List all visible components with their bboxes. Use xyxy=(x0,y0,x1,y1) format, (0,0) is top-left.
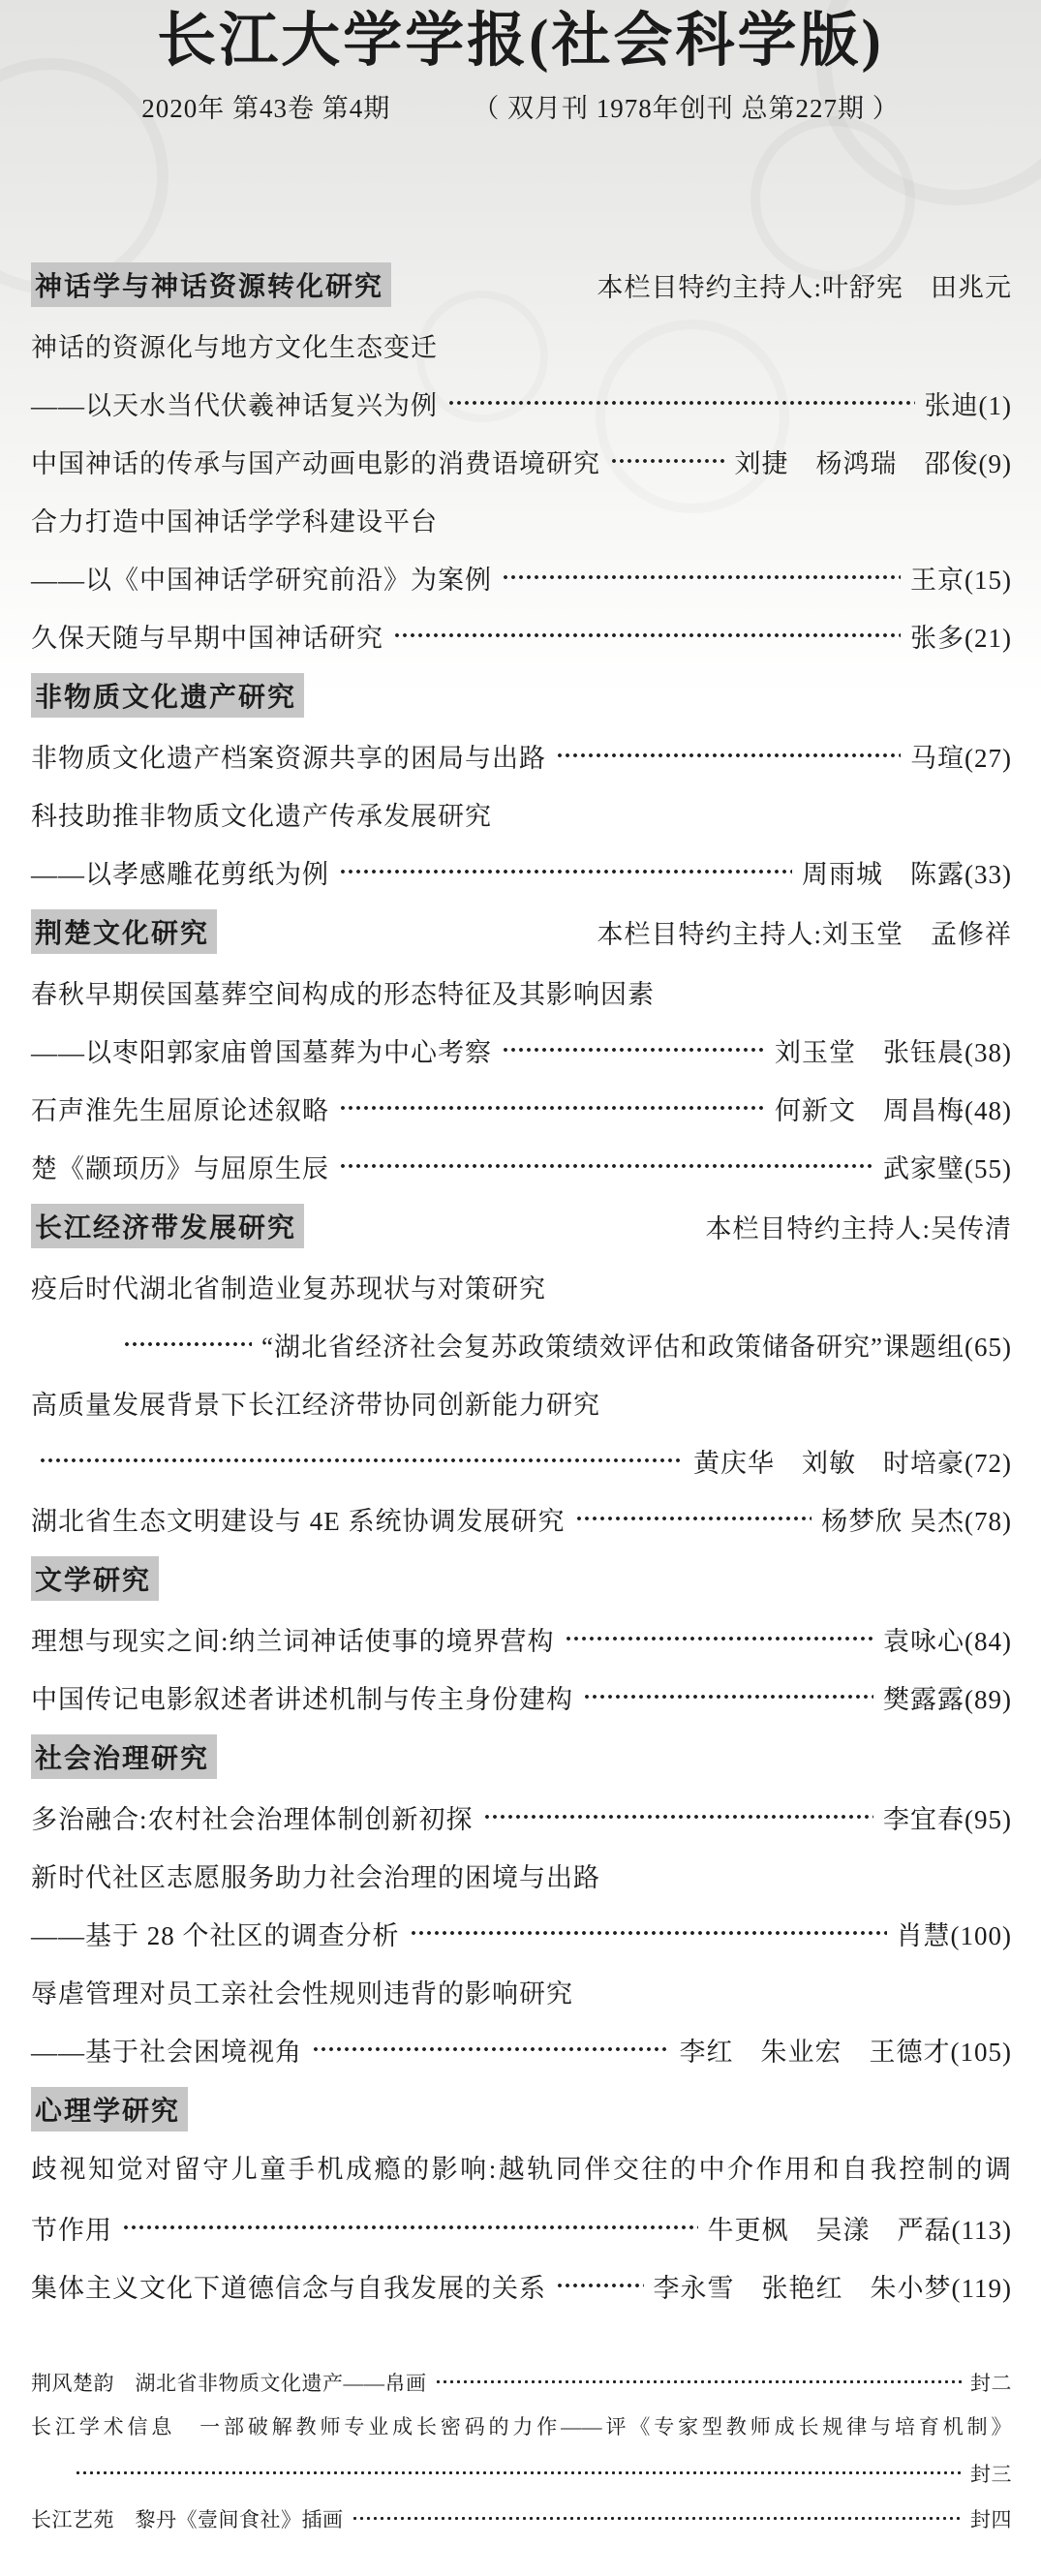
entry-title: ——以孝感雕花剪纸为例 xyxy=(31,853,329,891)
toc-row: 神话的资源化与地方文化生态变迁 xyxy=(31,316,1012,374)
entry-title: ——基于社会困境视角 xyxy=(31,2031,302,2069)
entry-authors-page: 张迪(1) xyxy=(925,384,1012,422)
entry-title: 多治融合:农村社会治理体制创新初探 xyxy=(31,1798,474,1836)
toc-row: 湖北省生态文明建设与 4E 系统协调发展研究 杨梦欣 吴杰(78) xyxy=(31,1489,1012,1548)
dot-leader xyxy=(502,1021,765,1079)
entry-title: 中国神话的传承与国产动画电影的消费语境研究 xyxy=(31,443,600,480)
entry-title: 歧视知觉对留守儿童手机成瘾的影响:越轨同伴交往的中介作用和自我控制的调 xyxy=(31,2155,1012,2184)
dot-leader xyxy=(410,1904,887,1962)
toc-row: 楚《颛顼历》与屈原生辰 武家璧(55) xyxy=(31,1137,1012,1195)
issue-info: 2020年 第43卷 第4期 （ 双月刊 1978年创刊 总第227期 ） xyxy=(0,87,1041,125)
toc-row: 中国神话的传承与国产动画电影的消费语境研究 刘捷 杨鸿瑞 邵俊(9) xyxy=(31,432,1012,490)
dot-leader xyxy=(352,2496,964,2541)
toc-row: 非物质文化遗产研究 xyxy=(31,664,1012,726)
entry-title: 高质量发展背景下长江经济带协同创新能力研究 xyxy=(31,1384,600,1422)
dot-leader xyxy=(565,1610,874,1668)
section-title: 心理学研究 xyxy=(31,2087,188,2131)
entry-authors-page: 杨梦欣 吴杰(78) xyxy=(821,1500,1012,1538)
section-title: 神话学与神话资源转化研究 xyxy=(31,262,391,307)
entry-authors-page: 封四 xyxy=(970,2504,1012,2533)
entry-authors-page: 封二 xyxy=(970,2368,1012,2397)
entry-title: 非物质文化遗产档案资源共享的困局与出路 xyxy=(31,737,546,775)
toc-row: 石声淮先生屈原论述叙略 何新文 周昌梅(48) xyxy=(31,1079,1012,1137)
entry-authors-page: 封三 xyxy=(970,2459,1012,2488)
journal-masthead: 长江大学学报(社会科学版) 2020年 第43卷 第4期 （ 双月刊 1978年… xyxy=(0,4,1041,125)
section-title: 荆楚文化研究 xyxy=(31,909,217,954)
toc-row: 歧视知觉对留守儿童手机成瘾的影响:越轨同伴交往的中介作用和自我控制的调 xyxy=(31,2140,1012,2198)
toc-row: ——基于 28 个社区的调查分析 肖慧(100) xyxy=(31,1904,1012,1962)
entry-authors-page: 樊露露(89) xyxy=(883,1678,1012,1716)
section-host: 本栏目特约主持人:叶舒宪 田兆元 xyxy=(597,266,1012,304)
dot-leader xyxy=(393,606,901,664)
toc-row: 长江经济带发展研究 本栏目特约主持人:吴传清 xyxy=(31,1195,1012,1257)
dot-leader xyxy=(483,1788,874,1846)
toc-row: ——以枣阳郭家庙曾国墓葬为中心考察 刘玉堂 张钰晨(38) xyxy=(31,1021,1012,1079)
toc-row: 荆风楚韵 湖北省非物质文化遗产——帛画 封二 xyxy=(31,2359,1012,2405)
entry-authors-page: 牛更枫 吴漾 严磊(113) xyxy=(708,2209,1012,2247)
section-title: 社会治理研究 xyxy=(31,1734,217,1779)
dot-leader xyxy=(583,1668,873,1726)
entry-title: 合力打造中国神话学学科建设平台 xyxy=(31,501,438,538)
toc-row: ——以孝感雕花剪纸为例 周雨城 陈露(33) xyxy=(31,843,1012,901)
entry-title: ——以枣阳郭家庙曾国墓葬为中心考察 xyxy=(31,1031,492,1069)
toc-row: 多治融合:农村社会治理体制创新初探 李宜春(95) xyxy=(31,1788,1012,1846)
toc-row: 荆楚文化研究 本栏目特约主持人:刘玉堂 孟修祥 xyxy=(31,901,1012,963)
toc-row: 合力打造中国神话学学科建设平台 xyxy=(31,490,1012,548)
entry-title: 疫后时代湖北省制造业复苏现状与对策研究 xyxy=(31,1268,546,1305)
dot-leader xyxy=(502,548,901,606)
entry-title: 楚《颛顼历》与屈原生辰 xyxy=(31,1148,329,1185)
entry-title: 春秋早期侯国墓葬空间构成的形态特征及其影响因素 xyxy=(31,973,655,1011)
toc-row: ——以天水当代伏羲神话复兴为例 张迪(1) xyxy=(31,374,1012,432)
dot-leader xyxy=(339,1137,873,1195)
dot-leader xyxy=(575,1489,812,1548)
entry-authors-page: 王京(15) xyxy=(910,559,1012,597)
section-title: 文学研究 xyxy=(31,1556,159,1601)
issue-frequency: （ 双月刊 1978年创刊 总第227期 ） xyxy=(473,87,900,125)
toc-row: 神话学与神话资源转化研究 本栏目特约主持人:叶舒宪 田兆元 xyxy=(31,254,1012,316)
journal-title: 长江大学学报(社会科学版) xyxy=(0,4,1041,79)
entry-title: 科技助推非物质文化遗产传承发展研究 xyxy=(31,795,492,833)
toc-row: 文学研究 xyxy=(31,1548,1012,1610)
dot-leader xyxy=(123,1315,252,1373)
toc-row: 集体主义文化下道德信念与自我发展的关系 李永雪 张艳红 朱小梦(119) xyxy=(31,2256,1012,2315)
toc-row: 中国传记电影叙述者讲述机制与传主身份建构 樊露露(89) xyxy=(31,1668,1012,1726)
entry-authors-page: 刘捷 杨鸿瑞 邵俊(9) xyxy=(735,443,1012,480)
dot-leader xyxy=(556,726,901,784)
dot-leader xyxy=(435,2359,964,2405)
toc-row: “湖北省经济社会复苏政策绩效评估和政策储备研究”课题组(65) xyxy=(31,1315,1012,1373)
entry-title: 久保天随与早期中国神话研究 xyxy=(31,617,383,655)
entry-authors-page: 周雨城 陈露(33) xyxy=(802,853,1012,891)
entry-authors-page: 李红 朱业宏 王德才(105) xyxy=(680,2031,1012,2069)
entry-title: 石声淮先生屈原论述叙略 xyxy=(31,1089,329,1127)
entry-authors-page: 李宜春(95) xyxy=(883,1798,1012,1836)
entry-title: 新时代社区志愿服务助力社会治理的困境与出路 xyxy=(31,1856,600,1894)
entry-title: 荆风楚韵 湖北省非物质文化遗产——帛画 xyxy=(31,2368,427,2397)
entry-authors-page: 肖慧(100) xyxy=(897,1915,1012,1952)
entry-title: 节作用 xyxy=(31,2209,112,2247)
toc-row: 久保天随与早期中国神话研究 张多(21) xyxy=(31,606,1012,664)
section-title: 非物质文化遗产研究 xyxy=(31,673,304,718)
toc-row: 长江学术信息 一部破解教师专业成长密码的力作——评《专家型教师成长规律与培育机制… xyxy=(31,2405,1012,2450)
entry-title: 中国传记电影叙述者讲述机制与传主身份建构 xyxy=(31,1678,573,1716)
toc-row: 春秋早期侯国墓葬空间构成的形态特征及其影响因素 xyxy=(31,963,1012,1021)
entry-title: ——以《中国神话学研究前沿》为案例 xyxy=(31,559,492,597)
entry-authors-page: 张多(21) xyxy=(910,617,1012,655)
entry-authors-page: “湖北省经济社会复苏政策绩效评估和政策储备研究”课题组(65) xyxy=(261,1326,1012,1364)
toc-row: 心理学研究 xyxy=(31,2078,1012,2140)
entry-title: 集体主义文化下道德信念与自我发展的关系 xyxy=(31,2267,546,2305)
section-host: 本栏目特约主持人:吴传清 xyxy=(705,1208,1012,1245)
toc-row: 疫后时代湖北省制造业复苏现状与对策研究 xyxy=(31,1257,1012,1315)
dot-leader xyxy=(339,1079,765,1137)
dot-leader xyxy=(75,2450,963,2496)
toc-row: 黄庆华 刘敏 时培豪(72) xyxy=(31,1431,1012,1489)
entry-title: 湖北省生态文明建设与 4E 系统协调发展研究 xyxy=(31,1500,566,1538)
entry-title: ——基于 28 个社区的调查分析 xyxy=(31,1915,400,1952)
section-title: 长江经济带发展研究 xyxy=(31,1204,304,1248)
entry-title: 长江艺苑 黎丹《壹间食社》插画 xyxy=(31,2504,344,2533)
entry-title: 理想与现实之间:纳兰词神话使事的境界营构 xyxy=(31,1620,555,1658)
entry-authors-page: 马瑄(27) xyxy=(910,737,1012,775)
dot-leader xyxy=(339,843,792,901)
entry-title: 长江学术信息 一部破解教师专业成长密码的力作——评《专家型教师成长规律与培育机制… xyxy=(31,2415,1012,2438)
dot-leader xyxy=(312,2020,670,2078)
toc-row: 非物质文化遗产档案资源共享的困局与出路 马瑄(27) xyxy=(31,726,1012,784)
entry-authors-page: 武家璧(55) xyxy=(883,1148,1012,1185)
dot-leader xyxy=(122,2198,698,2256)
toc-row: 高质量发展背景下长江经济带协同创新能力研究 xyxy=(31,1373,1012,1431)
entry-authors-page: 何新文 周昌梅(48) xyxy=(775,1089,1012,1127)
dot-leader xyxy=(447,374,915,432)
dot-leader xyxy=(610,432,725,490)
entry-title: 神话的资源化与地方文化生态变迁 xyxy=(31,326,438,364)
entry-authors-page: 袁咏心(84) xyxy=(883,1620,1012,1658)
entry-title: 辱虐管理对员工亲社会性规则违背的影响研究 xyxy=(31,1973,573,2010)
table-of-contents: 神话学与神话资源转化研究 本栏目特约主持人:叶舒宪 田兆元 神话的资源化与地方文… xyxy=(31,254,1012,2541)
issue-volume: 2020年 第43卷 第4期 xyxy=(141,87,390,125)
toc-row: 节作用 牛更枫 吴漾 严磊(113) xyxy=(31,2198,1012,2256)
toc-row: 新时代社区志愿服务助力社会治理的困境与出路 xyxy=(31,1846,1012,1904)
toc-row: 科技助推非物质文化遗产传承发展研究 xyxy=(31,784,1012,843)
entry-authors-page: 李永雪 张艳红 朱小梦(119) xyxy=(654,2267,1012,2305)
toc-row: 理想与现实之间:纳兰词神话使事的境界营构 袁咏心(84) xyxy=(31,1610,1012,1668)
entry-title: ——以天水当代伏羲神话复兴为例 xyxy=(31,384,438,422)
toc-row: ——以《中国神话学研究前沿》为案例 王京(15) xyxy=(31,548,1012,606)
toc-row: ——基于社会困境视角 李红 朱业宏 王德才(105) xyxy=(31,2020,1012,2078)
toc-row: 封三 xyxy=(31,2450,1012,2496)
toc-row: 社会治理研究 xyxy=(31,1726,1012,1788)
dot-leader xyxy=(556,2256,644,2315)
dot-leader xyxy=(39,1431,684,1489)
toc-row: 长江艺苑 黎丹《壹间食社》插画 封四 xyxy=(31,2496,1012,2541)
entry-authors-page: 黄庆华 刘敏 时培豪(72) xyxy=(693,1442,1012,1480)
section-host: 本栏目特约主持人:刘玉堂 孟修祥 xyxy=(597,913,1012,951)
toc-row: 辱虐管理对员工亲社会性规则违背的影响研究 xyxy=(31,1962,1012,2020)
entry-authors-page: 刘玉堂 张钰晨(38) xyxy=(775,1031,1012,1069)
